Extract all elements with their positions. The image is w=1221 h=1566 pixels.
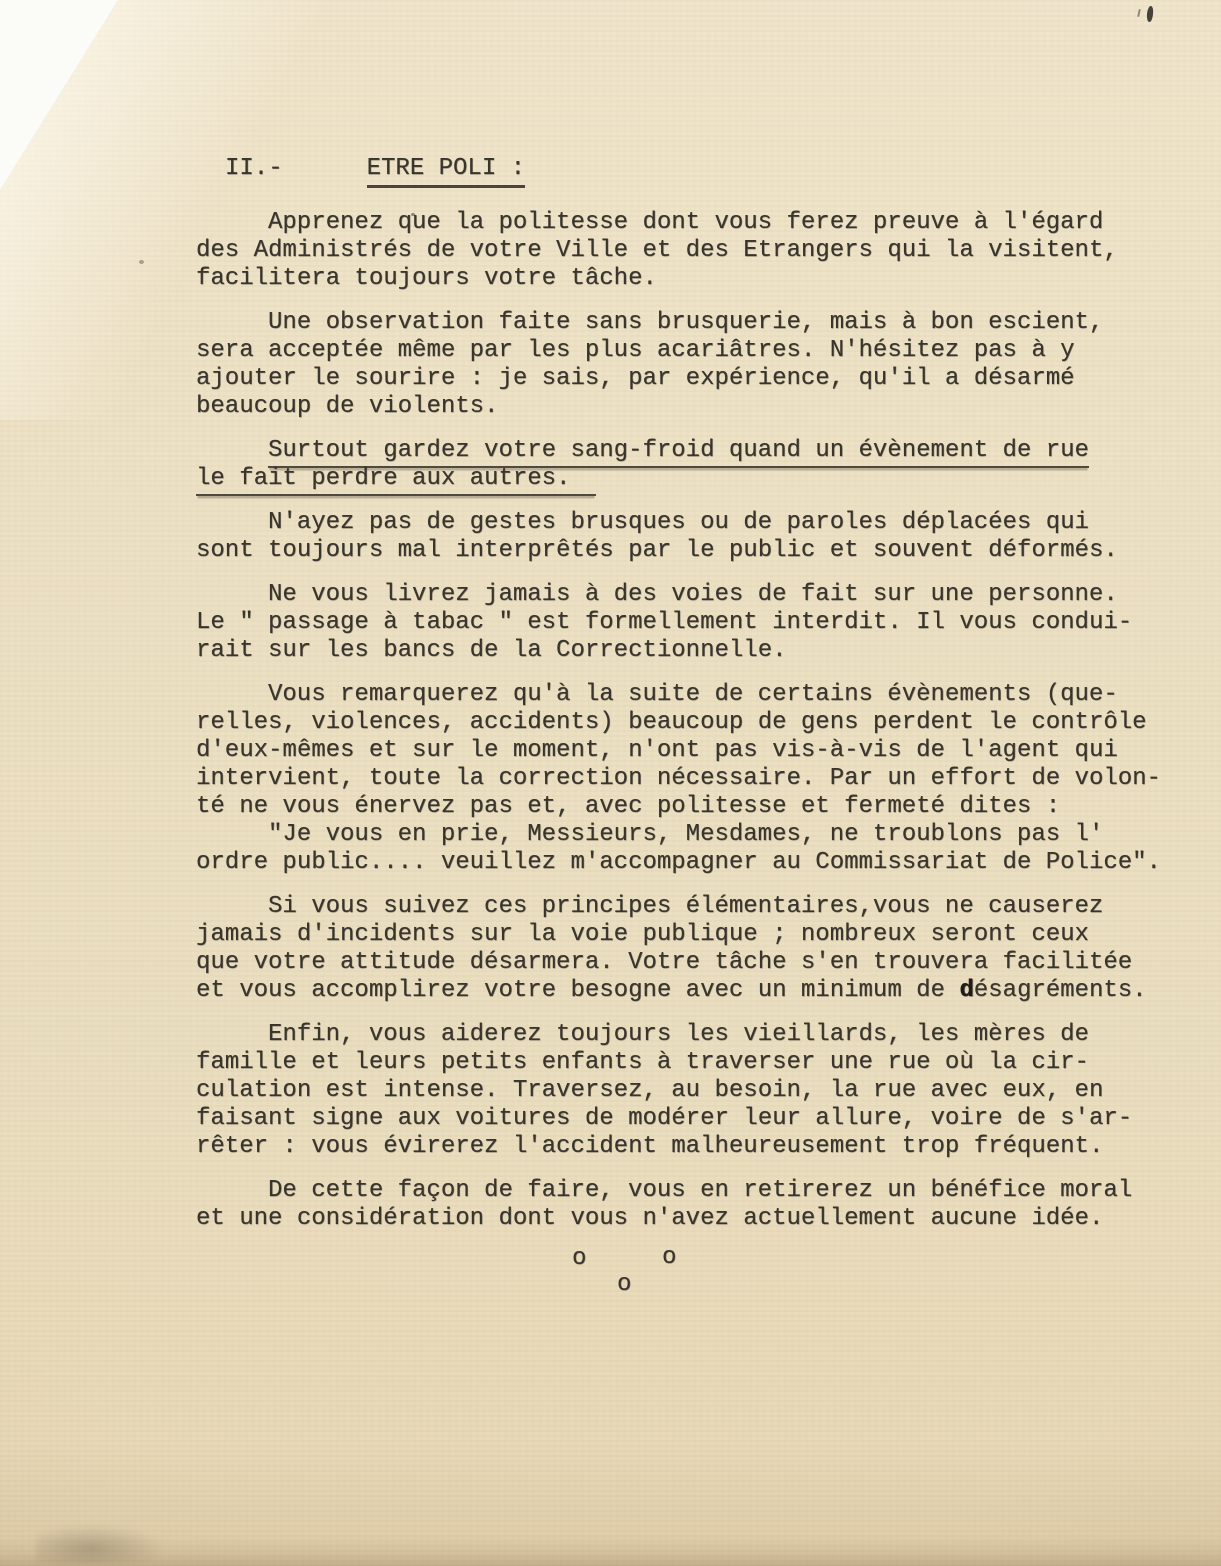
typewritten-text: II.-ETRE POLI : Apprenez que la politess… bbox=[196, 155, 1196, 1311]
text-line: relles, violences, accidents) beaucoup d… bbox=[196, 709, 1196, 737]
text-line-quote: "Je vous en prie, Messieurs, Mesdames, n… bbox=[196, 821, 1196, 849]
text-line: sera acceptée même par les plus acariâtr… bbox=[196, 337, 1196, 365]
section-numeral: II.- bbox=[225, 155, 283, 182]
text-line: Vous remarquerez qu'à la suite de certai… bbox=[196, 681, 1196, 709]
paragraph: Une observation faite sans brusquerie, m… bbox=[196, 309, 1196, 421]
text-line: Une observation faite sans brusquerie, m… bbox=[196, 309, 1196, 337]
paper-sheet: II.-ETRE POLI : Apprenez que la politess… bbox=[0, 0, 1221, 1566]
text-line: et une considération dont vous n'avez ac… bbox=[196, 1205, 1196, 1233]
paragraph: N'ayez pas de gestes brusques ou de paro… bbox=[196, 509, 1196, 565]
section-title: ETRE POLI : bbox=[367, 155, 525, 188]
text-line: rait sur les bancs de la Correctionnelle… bbox=[196, 637, 1196, 665]
text-line: famille et leurs petits enfants à traver… bbox=[196, 1049, 1196, 1077]
text-line: facilitera toujours votre tâche. bbox=[196, 265, 1196, 293]
text-line: De cette façon de faire, vous en retirer… bbox=[196, 1177, 1196, 1205]
text-line: des Administrés de votre Ville et des Et… bbox=[196, 237, 1196, 265]
text-line: faisant signe aux voitures de modérer le… bbox=[196, 1105, 1196, 1133]
text-line: té ne vous énervez pas et, avec politess… bbox=[196, 793, 1196, 821]
separator-circle: o bbox=[662, 1244, 676, 1272]
text-line: culation est intense. Traversez, au beso… bbox=[196, 1077, 1196, 1105]
text-line: jamais d'incidents sur la voie publique … bbox=[196, 921, 1196, 949]
paragraph-underlined: Surtout gardez votre sang-froid quand un… bbox=[196, 437, 1196, 493]
paragraph: Vous remarquerez qu'à la suite de certai… bbox=[196, 681, 1196, 877]
handwritten-ink-mark bbox=[1138, 6, 1164, 32]
paragraph: Apprenez que la politesse dont vous fere… bbox=[196, 209, 1196, 293]
ink-speck bbox=[561, 1113, 564, 1116]
ink-speck bbox=[139, 260, 144, 264]
fold-highlight bbox=[0, 0, 330, 420]
text-line: Si vous suivez ces principes élémentaire… bbox=[196, 893, 1196, 921]
scanned-document: II.-ETRE POLI : Apprenez que la politess… bbox=[0, 0, 1221, 1566]
text-line-overstruck: et vous accomplirez votre besogne avec u… bbox=[196, 977, 1196, 1005]
text-line: Le " passage à tabac " est formellement … bbox=[196, 609, 1196, 637]
text-line: que votre attitude désarmera. Votre tâch… bbox=[196, 949, 1196, 977]
paragraph: Si vous suivez ces principes élémentaire… bbox=[196, 893, 1196, 1005]
text-line: Ne vous livrez jamais à des voies de fai… bbox=[196, 581, 1196, 609]
paragraph: Ne vous livrez jamais à des voies de fai… bbox=[196, 581, 1196, 665]
text-line: intervient, toute la correction nécessai… bbox=[196, 765, 1196, 793]
bottom-edge-shadow bbox=[0, 1536, 1221, 1566]
separator-circle: o bbox=[617, 1271, 631, 1299]
paragraph: De cette façon de faire, vous en retirer… bbox=[196, 1177, 1196, 1233]
text-line: Apprenez que la politesse dont vous fere… bbox=[196, 209, 1196, 237]
ink-speck bbox=[411, 213, 415, 216]
section-heading: II.-ETRE POLI : bbox=[196, 155, 1196, 183]
text-line: sont toujours mal interprêtés par le pub… bbox=[196, 537, 1196, 565]
text-line-underlined: Surtout gardez votre sang-froid quand un… bbox=[196, 437, 1196, 465]
text-line: ajouter le sourire : je sais, par expéri… bbox=[196, 365, 1196, 393]
paragraph: Enfin, vous aiderez toujours les vieilla… bbox=[196, 1021, 1196, 1161]
ink-tick bbox=[1137, 9, 1141, 17]
text-line: beaucoup de violents. bbox=[196, 393, 1196, 421]
text-line: d'eux-mêmes et sur le moment, n'ont pas … bbox=[196, 737, 1196, 765]
text-line-underlined: le fait perdre aux autres. bbox=[196, 465, 1196, 493]
separator-circles: o o o bbox=[196, 1249, 1196, 1311]
separator-circle: o bbox=[572, 1245, 586, 1273]
text-line: N'ayez pas de gestes brusques ou de paro… bbox=[196, 509, 1196, 537]
text-line: rêter : vous évirerez l'accident malheur… bbox=[196, 1133, 1196, 1161]
overstruck-letter: d bbox=[959, 977, 973, 1004]
text-line-quote: ordre public.... veuillez m'accompagner … bbox=[196, 849, 1196, 877]
paper-smudge bbox=[36, 1524, 166, 1564]
ink-blot bbox=[1146, 6, 1154, 23]
text-line: Enfin, vous aiderez toujours les vieilla… bbox=[196, 1021, 1196, 1049]
